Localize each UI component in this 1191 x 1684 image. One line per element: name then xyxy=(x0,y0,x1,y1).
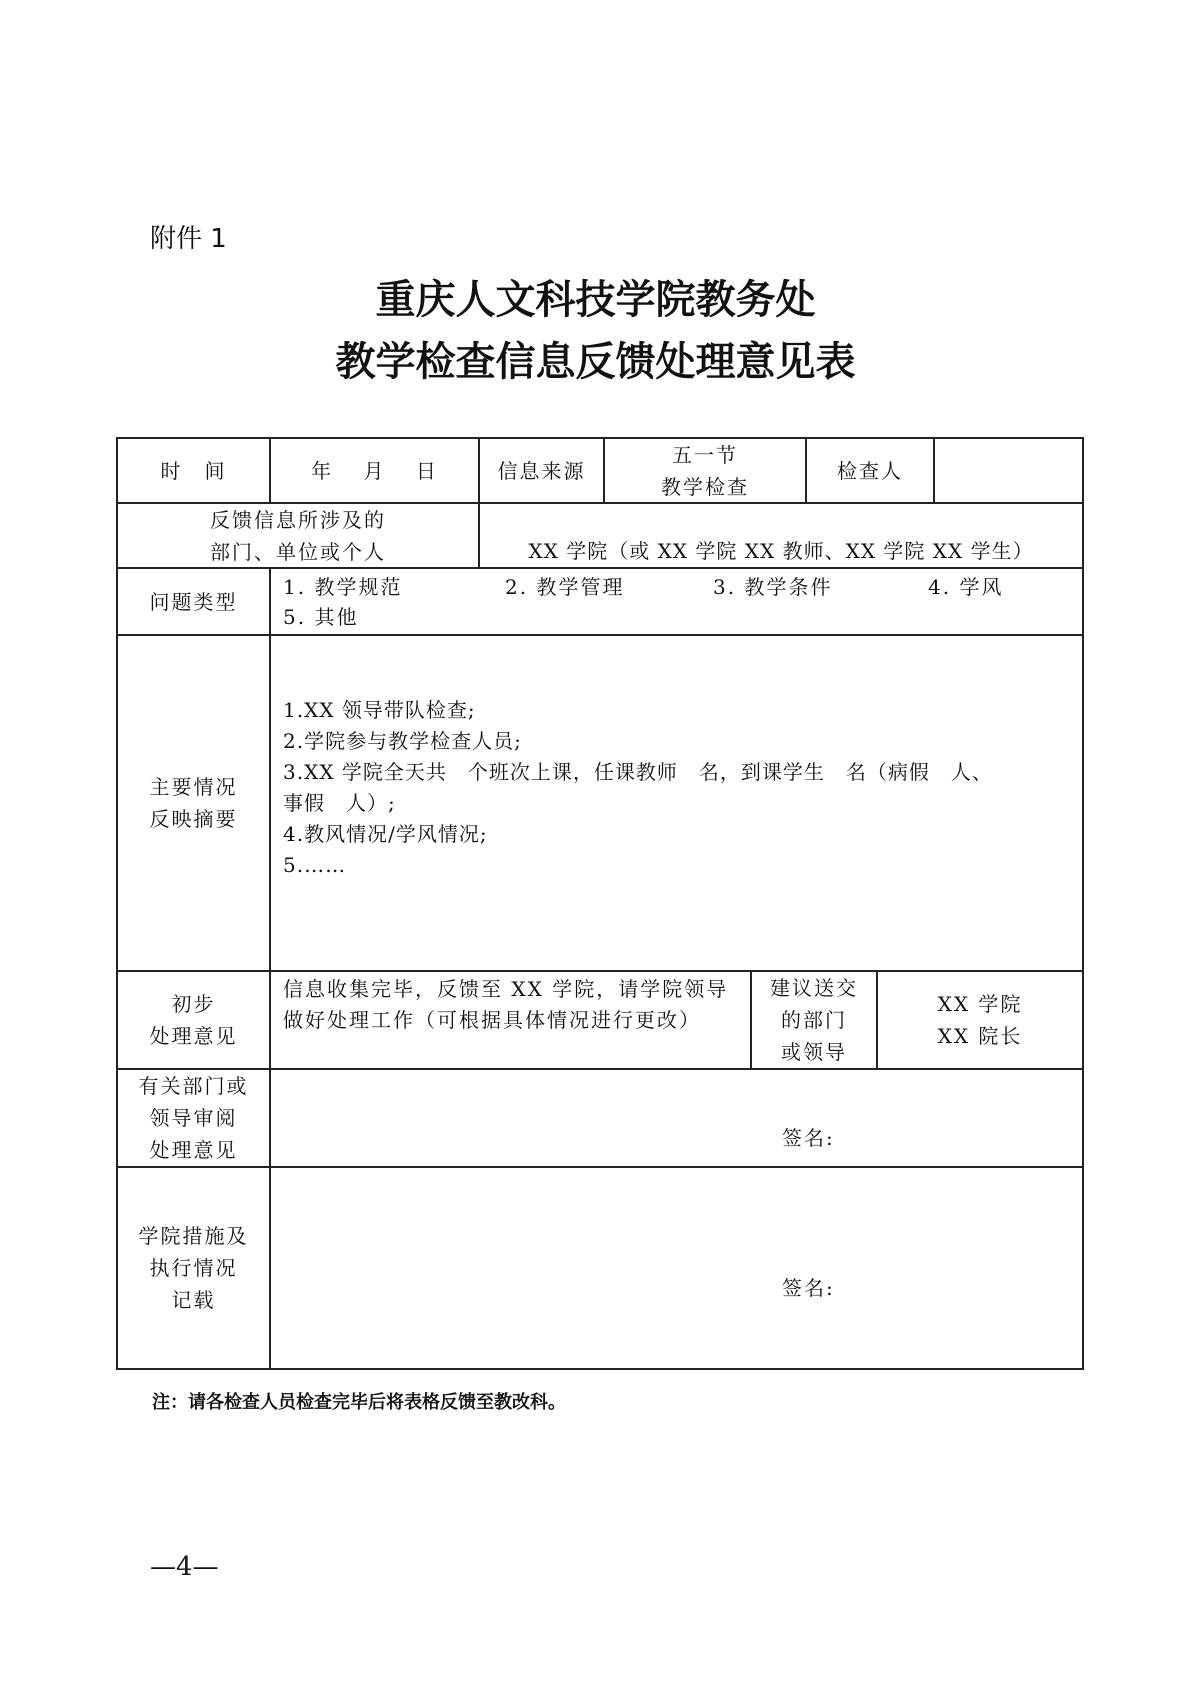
footnote: 注：请各检查人员检查完毕后将表格反馈至教改科。 xyxy=(152,1388,566,1414)
college-measures-field[interactable] xyxy=(271,1168,1082,1368)
review-signature-label: 签名: xyxy=(782,1122,835,1151)
problem-type-option[interactable]: 3. 教学条件 xyxy=(713,572,832,602)
info-source-label: 信息来源 xyxy=(480,439,603,502)
problem-type-option[interactable]: 5. 其他 xyxy=(283,602,358,632)
info-source-value[interactable]: 五一节 教学检查 xyxy=(605,439,805,502)
inspector-field[interactable] xyxy=(935,439,1082,502)
feedback-target-value[interactable]: XX 学院（或 XX 学院 XX 教师、XX 学院 XX 学生） xyxy=(480,504,1082,567)
problem-type-option[interactable]: 2. 教学管理 xyxy=(505,572,624,602)
problem-type-option[interactable]: 1. 教学规范 xyxy=(283,572,402,602)
feedback-form-table: 时 间 年 月 日 信息来源 五一节 教学检查 检查人 反馈信息所涉及的 部门、… xyxy=(0,0,1191,1684)
date-field[interactable]: 年 月 日 xyxy=(271,439,478,502)
initial-opinion-value[interactable]: 信息收集完毕，反馈至 XX 学院，请学院领导做好处理工作（可根据具体情况进行更改… xyxy=(283,974,743,1036)
measures-signature-label: 签名: xyxy=(782,1272,835,1301)
summary-line: 4.教风情况/学风情况; xyxy=(283,819,1078,850)
feedback-target-label: 反馈信息所涉及的 部门、单位或个人 xyxy=(118,504,478,567)
summary-content[interactable]: 1.XX 领导带队检查; 2.学院参与教学检查人员; 3.XX 学院全天共 个班… xyxy=(283,695,1078,881)
summary-line: 3.XX 学院全天共 个班次上课，任课教师 名，到课学生 名（病假 人、 xyxy=(283,757,1078,788)
college-measures-label: 学院措施及 执行情况 记载 xyxy=(118,1168,269,1368)
review-opinion-label: 有关部门或 领导审阅 处理意见 xyxy=(118,1070,269,1166)
problem-type-option[interactable]: 4. 学风 xyxy=(928,572,1003,602)
page-number: —4— xyxy=(150,1552,219,1582)
summary-line: 事假 人）; xyxy=(283,788,1078,819)
inspector-label: 检查人 xyxy=(807,439,933,502)
summary-line: 1.XX 领导带队检查; xyxy=(283,695,1078,726)
initial-opinion-label: 初步 处理意见 xyxy=(118,972,269,1068)
table-border xyxy=(1082,437,1084,1370)
time-label: 时 间 xyxy=(118,439,269,502)
summary-line: 5.…… xyxy=(283,850,1078,881)
table-border xyxy=(116,1368,1084,1370)
problem-type-options: 1. 教学规范 2. 教学管理 3. 教学条件 4. 学风 5. 其他 xyxy=(283,572,1073,632)
suggest-recipient-label: 建议送交 的部门 或领导 xyxy=(752,972,876,1068)
problem-type-label: 问题类型 xyxy=(118,569,269,634)
review-opinion-field[interactable] xyxy=(271,1070,1082,1166)
summary-line: 2.学院参与教学检查人员; xyxy=(283,726,1078,757)
suggest-recipient-value[interactable]: XX 学院 XX 院长 xyxy=(878,972,1082,1068)
summary-label: 主要情况 反映摘要 xyxy=(118,636,269,970)
